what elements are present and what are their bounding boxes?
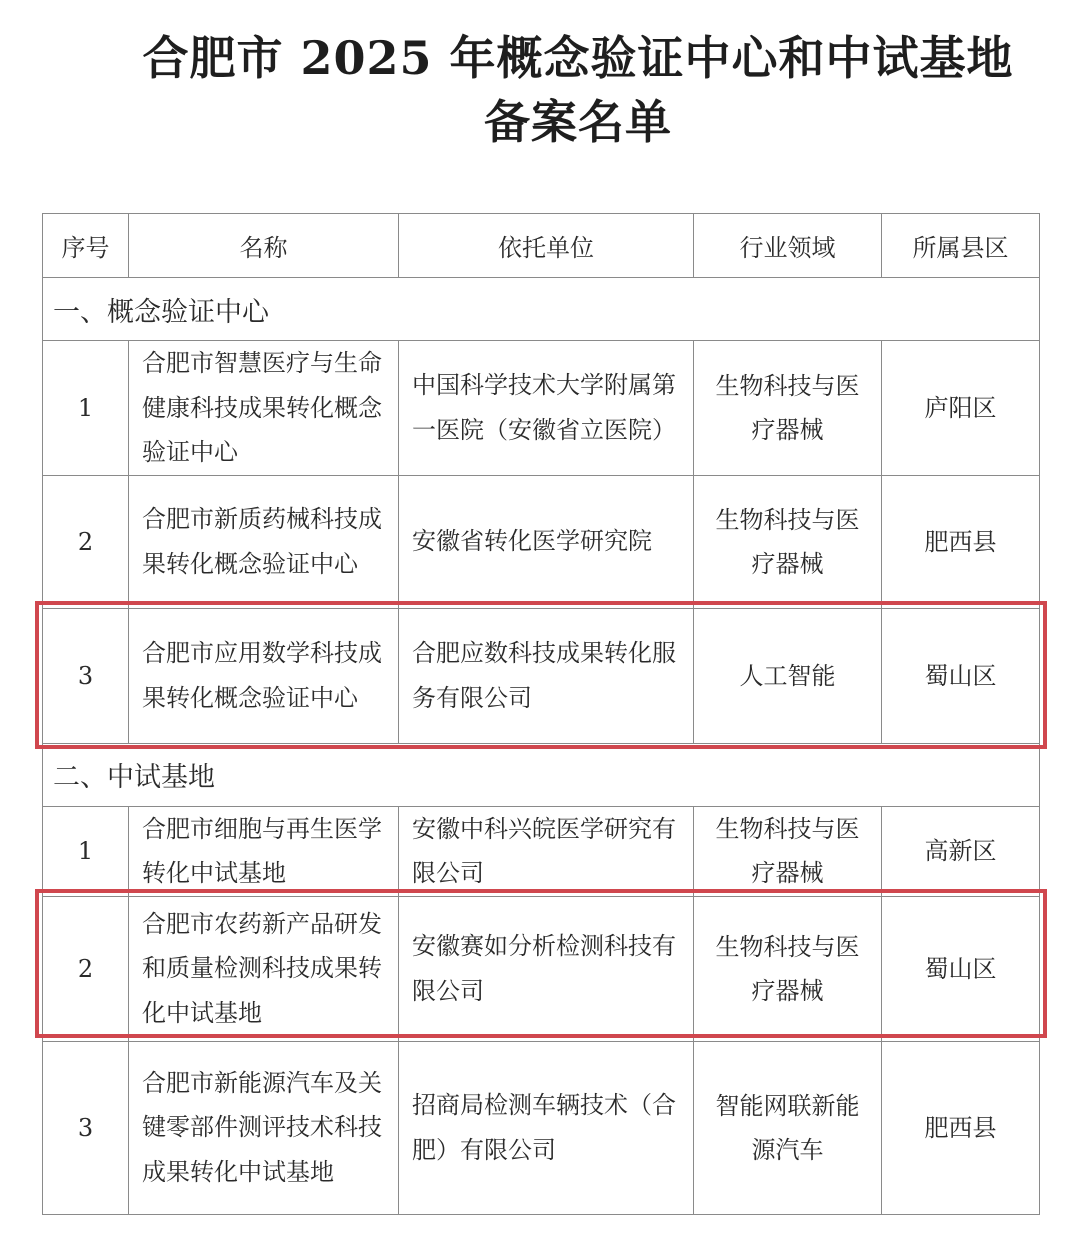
cell-district: 庐阳区: [882, 341, 1040, 476]
cell-district: 肥西县: [882, 475, 1040, 608]
table-row: 1 合肥市智慧医疗与生命健康科技成果转化概念验证中心 中国科学技术大学附属第一医…: [43, 341, 1040, 476]
field-text: 人工智能: [708, 654, 868, 698]
table-header-row: 序号 名称 依托单位 行业领域 所属县区: [43, 214, 1040, 278]
table-row: 1 合肥市细胞与再生医学转化中试基地 安徽中科兴皖医学研究有限公司 生物科技与医…: [43, 806, 1040, 896]
header-field: 行业领域: [694, 214, 882, 278]
section-row: 二、中试基地: [43, 743, 1040, 806]
cell-index: 2: [43, 475, 129, 608]
header-name: 名称: [129, 214, 399, 278]
cell-district: 蜀山区: [882, 608, 1040, 743]
field-text: 生物科技与医疗器械: [708, 925, 868, 1013]
cell-field: 人工智能: [694, 608, 882, 743]
cell-index: 2: [43, 896, 129, 1041]
cell-name: 合肥市应用数学科技成果转化概念验证中心: [129, 608, 399, 743]
cell-org: 合肥应数科技成果转化服务有限公司: [399, 608, 694, 743]
document-title-line1: 合肥市 2025 年概念验证中心和中试基地: [38, 22, 1080, 88]
cell-field: 生物科技与医疗器械: [694, 475, 882, 608]
field-text: 生物科技与医疗器械: [708, 498, 868, 586]
cell-index: 3: [43, 1041, 129, 1214]
cell-org: 安徽省转化医学研究院: [399, 475, 694, 608]
field-text: 生物科技与医疗器械: [708, 807, 868, 895]
document-title-line2: 备案名单: [38, 86, 1080, 152]
header-district: 所属县区: [882, 214, 1040, 278]
cell-field: 智能网联新能源汽车: [694, 1041, 882, 1214]
cell-index: 3: [43, 608, 129, 743]
field-text: 智能网联新能源汽车: [708, 1084, 868, 1172]
cell-field: 生物科技与医疗器械: [694, 896, 882, 1041]
table-row: 2 合肥市新质药械科技成果转化概念验证中心 安徽省转化医学研究院 生物科技与医疗…: [43, 475, 1040, 608]
table-row: 3 合肥市新能源汽车及关键零部件测评技术科技成果转化中试基地 招商局检测车辆技术…: [43, 1041, 1040, 1214]
table-row-highlighted: 2 合肥市农药新产品研发和质量检测科技成果转化中试基地 安徽赛如分析检测科技有限…: [43, 896, 1040, 1041]
header-index: 序号: [43, 214, 129, 278]
section-row: 一、概念验证中心: [43, 278, 1040, 341]
section-label: 一、概念验证中心: [43, 278, 1040, 341]
cell-org: 招商局检测车辆技术（合肥）有限公司: [399, 1041, 694, 1214]
field-text: 生物科技与医疗器械: [708, 364, 868, 452]
cell-district: 肥西县: [882, 1041, 1040, 1214]
cell-name: 合肥市细胞与再生医学转化中试基地: [129, 806, 399, 896]
cell-field: 生物科技与医疗器械: [694, 341, 882, 476]
cell-field: 生物科技与医疗器械: [694, 806, 882, 896]
cell-name: 合肥市智慧医疗与生命健康科技成果转化概念验证中心: [129, 341, 399, 476]
registry-table: 序号 名称 依托单位 行业领域 所属县区 一、概念验证中心 1 合肥市智慧医疗与…: [42, 213, 1040, 1215]
cell-name: 合肥市新能源汽车及关键零部件测评技术科技成果转化中试基地: [129, 1041, 399, 1214]
cell-district: 蜀山区: [882, 896, 1040, 1041]
cell-index: 1: [43, 806, 129, 896]
section-label: 二、中试基地: [43, 743, 1040, 806]
cell-org: 安徽赛如分析检测科技有限公司: [399, 896, 694, 1041]
cell-name: 合肥市新质药械科技成果转化概念验证中心: [129, 475, 399, 608]
cell-name: 合肥市农药新产品研发和质量检测科技成果转化中试基地: [129, 896, 399, 1041]
table-row-highlighted: 3 合肥市应用数学科技成果转化概念验证中心 合肥应数科技成果转化服务有限公司 人…: [43, 608, 1040, 743]
cell-org: 安徽中科兴皖医学研究有限公司: [399, 806, 694, 896]
cell-org: 中国科学技术大学附属第一医院（安徽省立医院）: [399, 341, 694, 476]
cell-index: 1: [43, 341, 129, 476]
cell-district: 高新区: [882, 806, 1040, 896]
header-org: 依托单位: [399, 214, 694, 278]
